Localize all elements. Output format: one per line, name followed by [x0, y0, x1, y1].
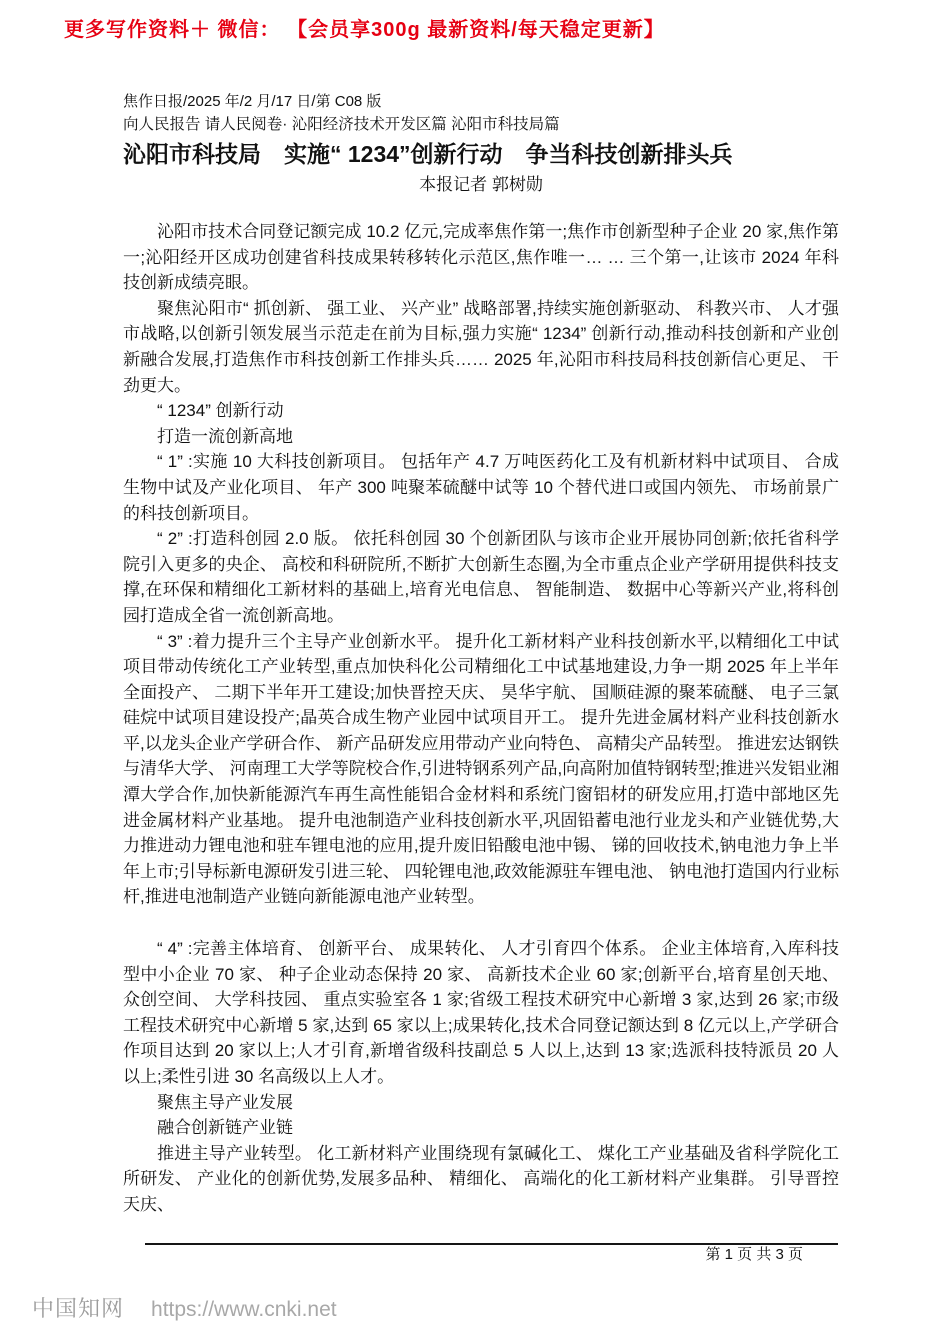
article-title: 沁阳市科技局 实施“ 1234”创新行动 争当科技创新排头兵 — [123, 139, 839, 169]
cnki-watermark: 中国知网 https://www.cnki.net — [32, 1292, 337, 1323]
source-line: 焦作日报/2025 年/2 月/17 日/第 C08 版 — [123, 90, 839, 113]
paragraph: 打造一流创新高地 — [123, 424, 839, 450]
footer-divider-line — [145, 1243, 838, 1245]
paragraph: “ 1” :实施 10 大科技创新项目。 包括年产 4.7 万吨医药化工及有机新… — [123, 449, 839, 526]
paragraph: 融合创新链产业链 — [123, 1115, 839, 1141]
paragraph — [123, 910, 839, 936]
promo-banner: 更多写作资料＋ 微信： 【会员享300g 最新资料/每天稳定更新】 — [64, 13, 665, 42]
document-page: 更多写作资料＋ 微信： 【会员享300g 最新资料/每天稳定更新】 焦作日报/2… — [0, 0, 950, 1344]
paragraph: “ 4” :完善主体培育、 创新平台、 成果转化、 人才引育四个体系。 企业主体… — [123, 936, 839, 1090]
article-byline: 本报记者 郭树勋 — [123, 172, 839, 197]
paragraph: 聚焦沁阳市“ 抓创新、 强工业、 兴产业” 战略部署,持续实施创新驱动、 科教兴… — [123, 296, 839, 398]
page-number-indicator: 第 1 页 共 3 页 — [123, 1245, 839, 1265]
article-content: 焦作日报/2025 年/2 月/17 日/第 C08 版 向人民报告 请人民阅卷… — [123, 90, 839, 1265]
paragraph: “ 3” :着力提升三个主导产业创新水平。 提升化工新材料产业科技创新水平,以精… — [123, 629, 839, 911]
paragraph: 推进主导产业转型。 化工新材料产业围绕现有氯碱化工、 煤化工产业基础及省科学院化… — [123, 1141, 839, 1218]
series-line: 向人民报告 请人民阅卷· 沁阳经济技术开发区篇 沁阳市科技局篇 — [123, 113, 839, 137]
paragraph: 聚焦主导产业发展 — [123, 1090, 839, 1116]
paragraph: 沁阳市技术合同登记额完成 10.2 亿元,完成率焦作第一;焦作市创新型种子企业 … — [123, 219, 839, 296]
article-paragraphs: 沁阳市技术合同登记额完成 10.2 亿元,完成率焦作第一;焦作市创新型种子企业 … — [123, 219, 839, 1218]
cnki-logo-text: 中国知网 — [32, 1292, 124, 1323]
paragraph: “ 1234” 创新行动 — [123, 398, 839, 424]
paragraph: “ 2” :打造科创园 2.0 版。 依托科创园 30 个创新团队与该市企业开展… — [123, 526, 839, 628]
cnki-url-text: https://www.cnki.net — [151, 1298, 337, 1322]
